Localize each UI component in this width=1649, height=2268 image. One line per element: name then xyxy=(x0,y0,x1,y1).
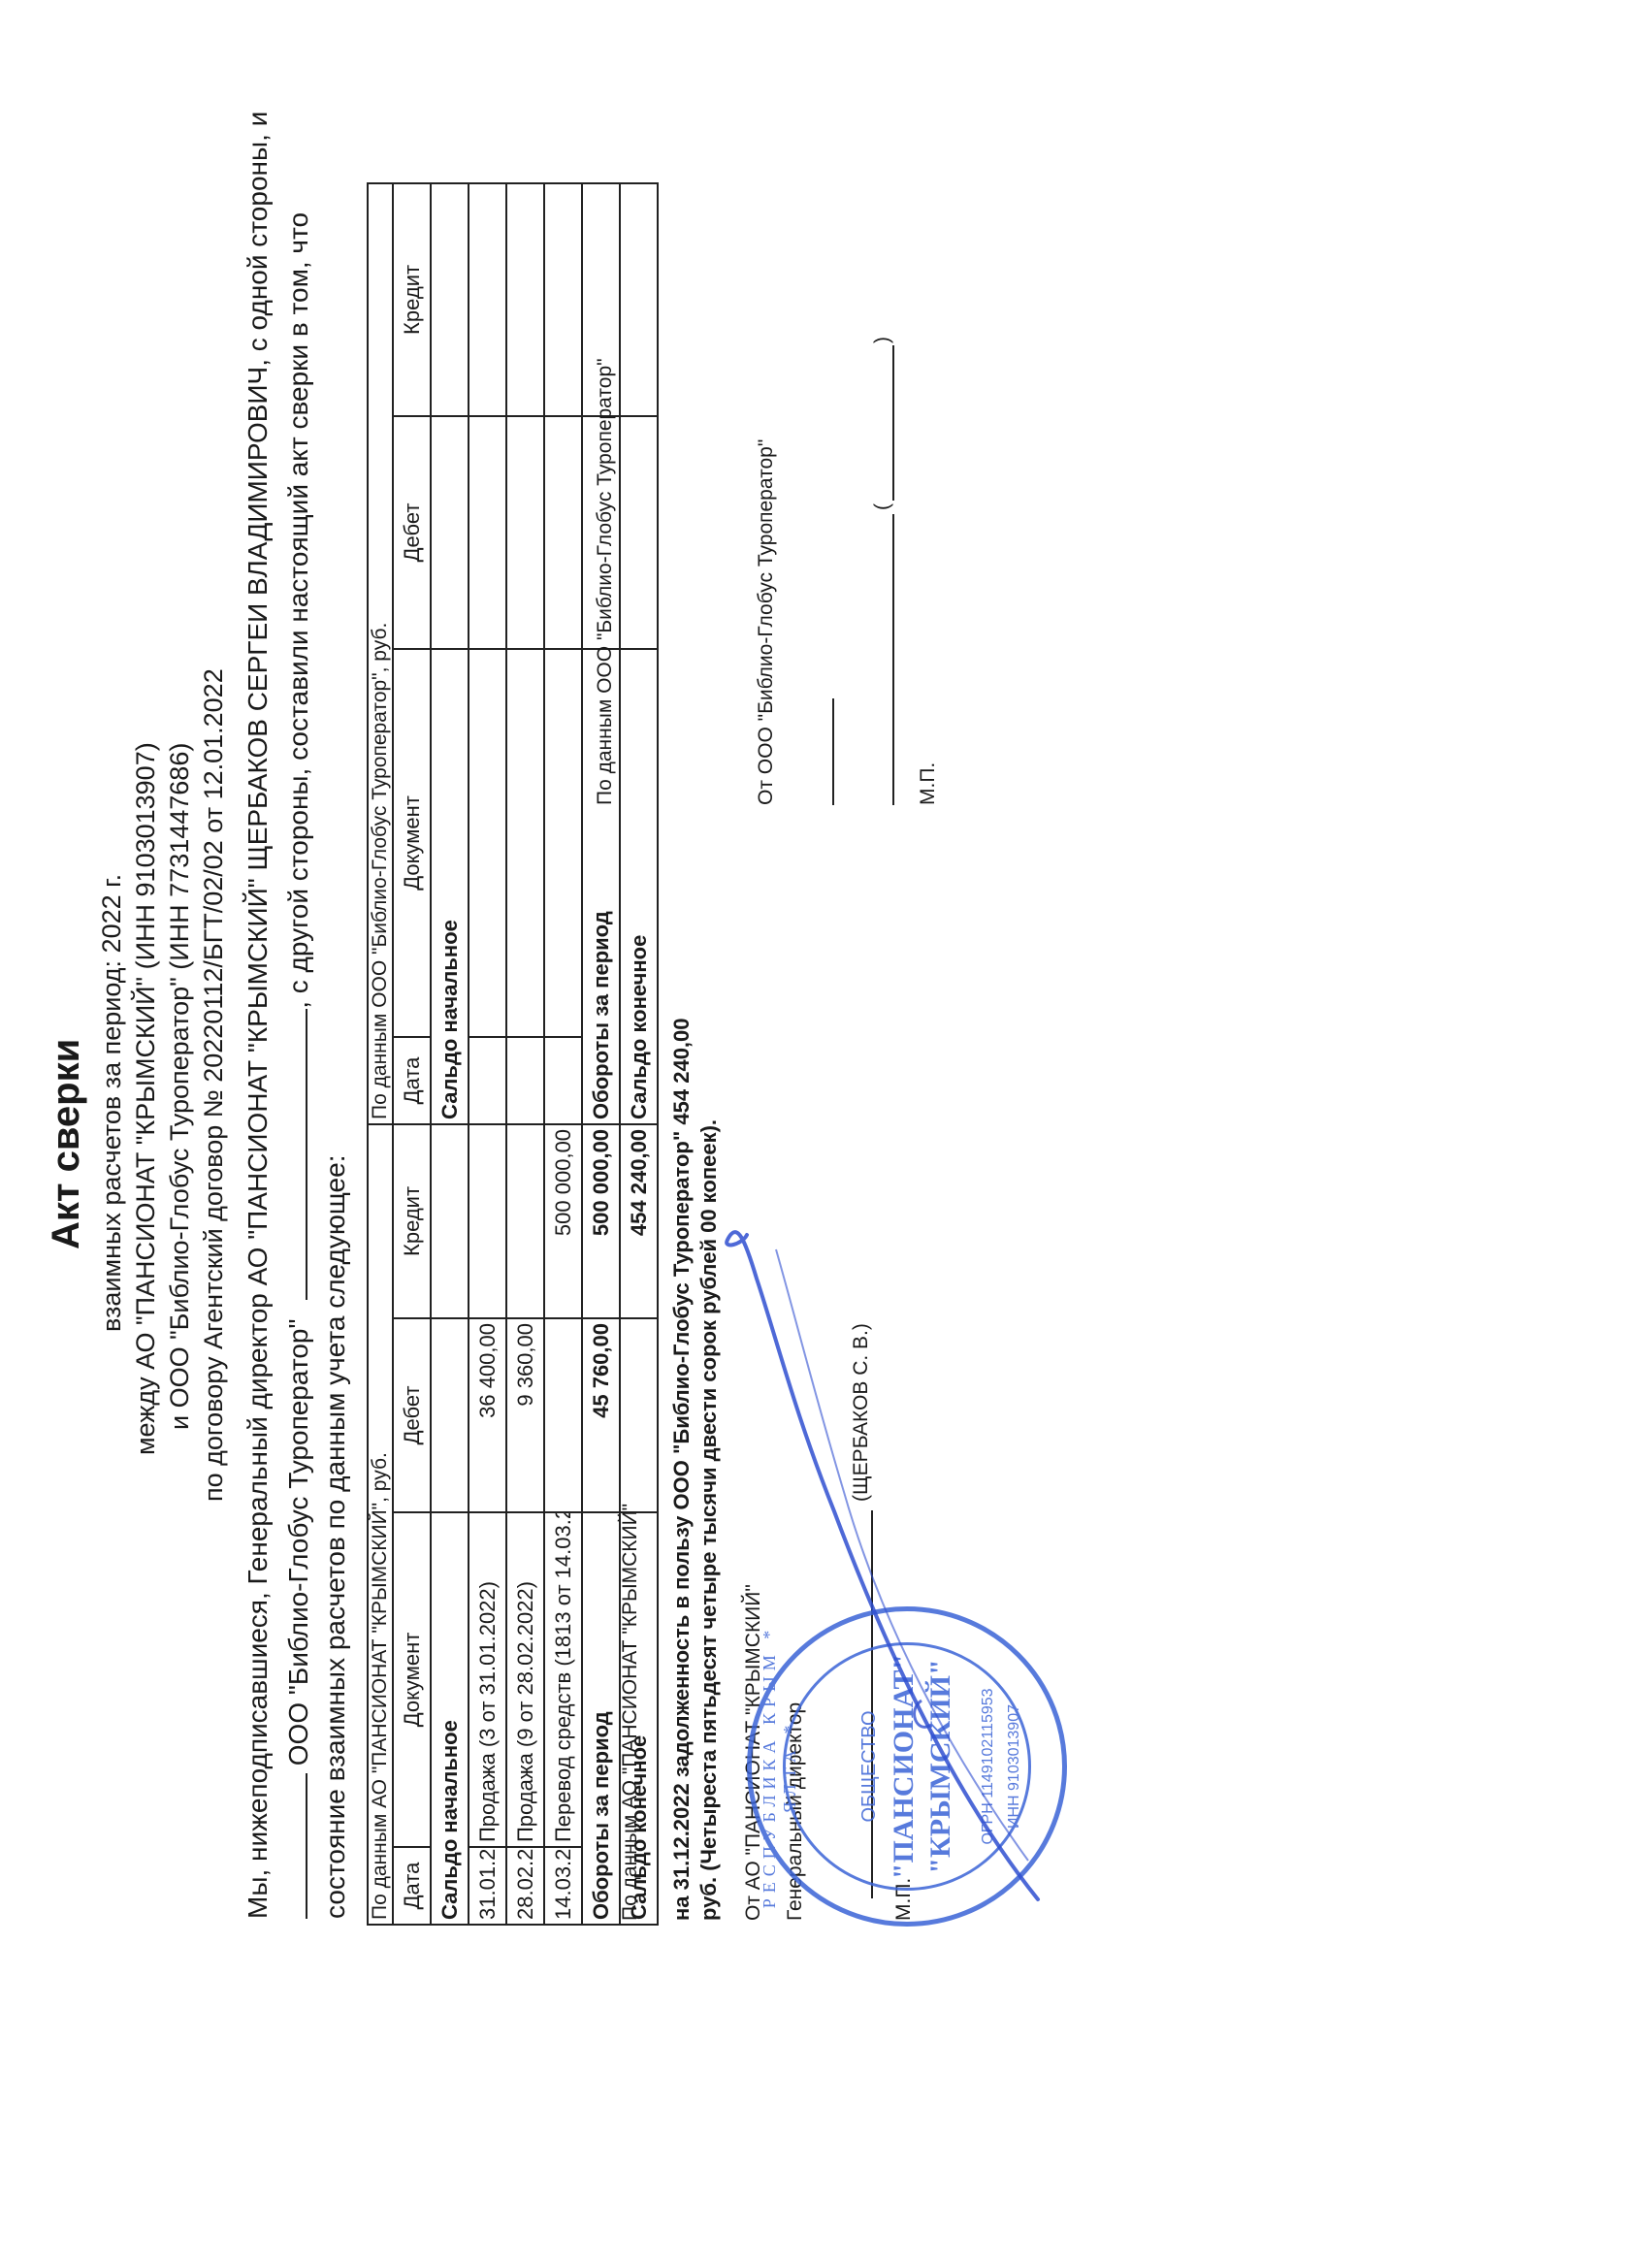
col-date-right: Дата xyxy=(393,1037,431,1124)
debit-cell xyxy=(469,416,506,649)
row-label: Обороты за период xyxy=(582,1512,620,1925)
header-period: взаимных расчетов за период: 2022 г. xyxy=(97,874,127,1332)
credit-cell xyxy=(506,183,544,416)
date-cell xyxy=(506,1037,544,1124)
date-cell: 31.01.22 xyxy=(469,1847,506,1925)
credit-cell xyxy=(431,1124,469,1318)
table-row: 31.01.22 Продажа (3 от 31.01.2022) 36 40… xyxy=(469,183,506,1925)
document-cell xyxy=(469,649,506,1037)
col-debit-right: Дебет xyxy=(393,416,431,649)
right-name-line xyxy=(892,345,894,501)
table-row: 28.02.22 Продажа (9 от 28.02.2022) 9 360… xyxy=(506,183,544,1925)
intro-line-2: ООО "Библио-Глобус Туроператор" , с друг… xyxy=(283,212,314,1919)
date-cell xyxy=(544,1037,582,1124)
document-page: Акт сверки взаимных расчетов за период: … xyxy=(0,0,1649,2268)
document-cell xyxy=(506,649,544,1037)
right-name-open-paren: ( xyxy=(871,503,894,510)
row-label: Сальдо начальное xyxy=(431,1512,469,1925)
document-cell xyxy=(544,649,582,1037)
right-signer-org: От ООО "Библио-Глобус Туроператор" xyxy=(755,439,778,805)
right-position-line xyxy=(832,698,834,805)
right-signature-line xyxy=(892,514,894,805)
intro-line-2-tail: , с другой стороны, составили настоящий … xyxy=(283,212,313,1009)
right-caption: По данным ООО "Библио-Глобус Туроператор… xyxy=(368,183,393,1124)
credit-cell: 500 000,00 xyxy=(582,1124,620,1318)
document-cell: Продажа (9 от 28.02.2022) xyxy=(506,1512,544,1847)
conclusion-line-1: на 31.12.2022 задолженность в пользу ООО… xyxy=(669,1018,695,1921)
date-cell: 28.02.22 xyxy=(506,1847,544,1925)
handwritten-signature xyxy=(718,1162,1048,1919)
credit-cell xyxy=(469,1124,506,1318)
header-party-2: и ООО "Библио-Глобус Туроператор" (ИНН 7… xyxy=(165,743,195,1430)
debit-cell xyxy=(431,416,469,649)
document-cell: Перевод средств (1813 от 14.03.2022) xyxy=(544,1512,582,1847)
document-title: Акт сверки xyxy=(45,1039,88,1249)
header-contract: по договору Агентский договор № 20220112… xyxy=(199,668,229,1502)
right-name-close-paren: ) xyxy=(871,337,894,343)
row-label: Сальдо начальное xyxy=(431,649,469,1124)
debit-cell xyxy=(431,1318,469,1512)
credit-cell xyxy=(469,183,506,416)
left-party-note: По данным АО "ПАНСИОНАТ "КРЫМСКИЙ" xyxy=(619,1504,642,1921)
credit-cell xyxy=(506,1124,544,1318)
date-cell xyxy=(469,1037,506,1124)
debit-cell: 45 760,00 xyxy=(582,1318,620,1512)
debit-cell xyxy=(506,416,544,649)
right-mp: М.П. xyxy=(917,762,940,805)
col-document-right: Документ xyxy=(393,649,431,1037)
col-date-left: Дата xyxy=(393,1847,431,1925)
row-label: Сальдо конечное xyxy=(620,649,658,1124)
table-row: 14.03.22 Перевод средств (1813 от 14.03.… xyxy=(544,183,582,1925)
credit-cell xyxy=(431,183,469,416)
date-cell: 14.03.22 xyxy=(544,1847,582,1925)
debit-cell xyxy=(620,416,658,649)
debit-cell xyxy=(544,416,582,649)
signatory-blank-2 xyxy=(284,1009,307,1300)
debit-cell xyxy=(620,1318,658,1512)
left-caption: По данным АО "ПАНСИОНАТ "КРЫМСКИЙ", руб. xyxy=(368,1124,393,1925)
debit-cell: 9 360,00 xyxy=(506,1318,544,1512)
col-credit-left: Кредит xyxy=(393,1124,431,1318)
document-cell: Продажа (3 от 31.01.2022) xyxy=(469,1512,506,1847)
table-header-row: Дата Документ Дебет Кредит Дата Документ… xyxy=(393,183,431,1925)
table-caption-row: По данным АО "ПАНСИОНАТ "КРЫМСКИЙ", руб.… xyxy=(368,183,393,1925)
col-credit-right: Кредит xyxy=(393,183,431,416)
signatory-blank-1 xyxy=(284,1773,307,1919)
intro-line-1: Мы, нижеподписавшиеся, Генеральный дирек… xyxy=(242,112,274,1919)
right-party-note: По данным ООО "Библио-Глобус Туроператор… xyxy=(594,358,617,805)
credit-cell: 454 240,00 xyxy=(620,1124,658,1318)
credit-cell: 500 000,00 xyxy=(544,1124,582,1318)
credit-cell xyxy=(620,183,658,416)
header-party-1: между АО "ПАНСИОНАТ "КРЫМСКИЙ" (ИНН 9103… xyxy=(131,742,161,1455)
col-document-left: Документ xyxy=(393,1512,431,1847)
debit-cell: 36 400,00 xyxy=(469,1318,506,1512)
counterparty-name: ООО "Библио-Глобус Туроператор" xyxy=(283,1319,313,1766)
debit-cell xyxy=(544,1318,582,1512)
intro-line-3: состояние взаимных расчетов по данным уч… xyxy=(320,1155,351,1920)
col-debit-left: Дебет xyxy=(393,1318,431,1512)
table-row: Сальдо начальное Сальдо начальное xyxy=(431,183,469,1925)
credit-cell xyxy=(544,183,582,416)
